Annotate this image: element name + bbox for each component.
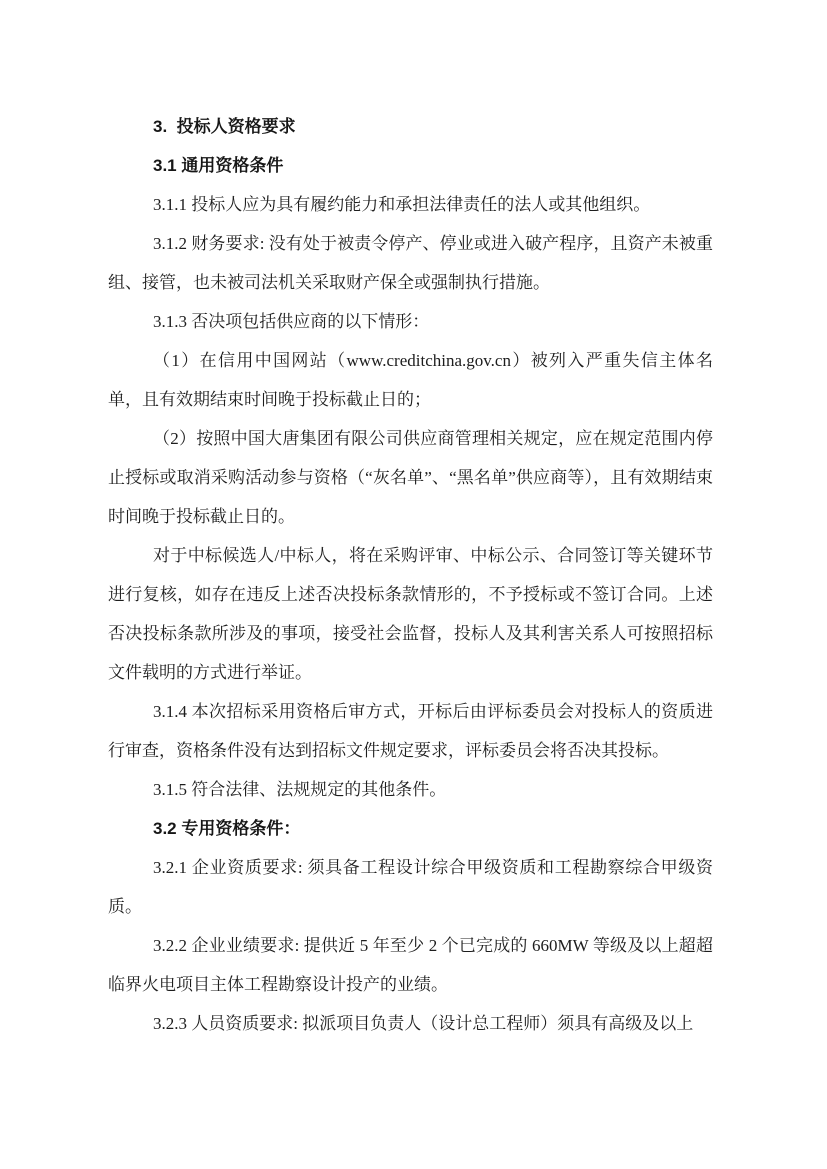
para-3-1-1: 3.1.1 投标人应为具有履约能力和承担法律责任的法人或其他组织。: [108, 185, 713, 224]
para-3-1-3-item-2: （2）按照中国大唐集团有限公司供应商管理相关规定，应在规定范围内停止授标或取消采…: [108, 419, 713, 536]
para-3-1-2: 3.1.2 财务要求: 没有处于被责令停产、停业或进入破产程序，且资产未被重组、…: [108, 224, 713, 302]
para-3-1-3: 3.1.3 否决项包括供应商的以下情形：: [108, 302, 713, 341]
para-3-2-2: 3.2.2 企业业绩要求: 提供近 5 年至少 2 个已完成的 660MW 等级…: [108, 926, 713, 1004]
section-heading-3: 3. 投标人资格要求: [108, 107, 713, 146]
para-3-1-4: 3.1.4 本次招标采用资格后审方式，开标后由评标委员会对投标人的资质进行审查，…: [108, 692, 713, 770]
section-heading-3-1: 3.1 通用资格条件: [108, 146, 713, 185]
para-3-1-3-item-1: （1）在信用中国网站（www.creditchina.gov.cn）被列入严重失…: [108, 341, 713, 419]
para-3-2-1: 3.2.1 企业资质要求: 须具备工程设计综合甲级资质和工程勘察综合甲级资质。: [108, 848, 713, 926]
document-content: 3. 投标人资格要求 3.1 通用资格条件 3.1.1 投标人应为具有履约能力和…: [108, 107, 713, 1043]
para-review-clause: 对于中标候选人/中标人，将在采购评审、中标公示、合同签订等关键环节进行复核，如存…: [108, 536, 713, 692]
para-3-2-3: 3.2.3 人员资质要求: 拟派项目负责人（设计总工程师）须具有高级及以上: [108, 1004, 713, 1043]
document-page: 3. 投标人资格要求 3.1 通用资格条件 3.1.1 投标人应为具有履约能力和…: [0, 0, 827, 1169]
para-3-1-5: 3.1.5 符合法律、法规规定的其他条件。: [108, 770, 713, 809]
section-heading-3-2: 3.2 专用资格条件：: [108, 809, 713, 848]
